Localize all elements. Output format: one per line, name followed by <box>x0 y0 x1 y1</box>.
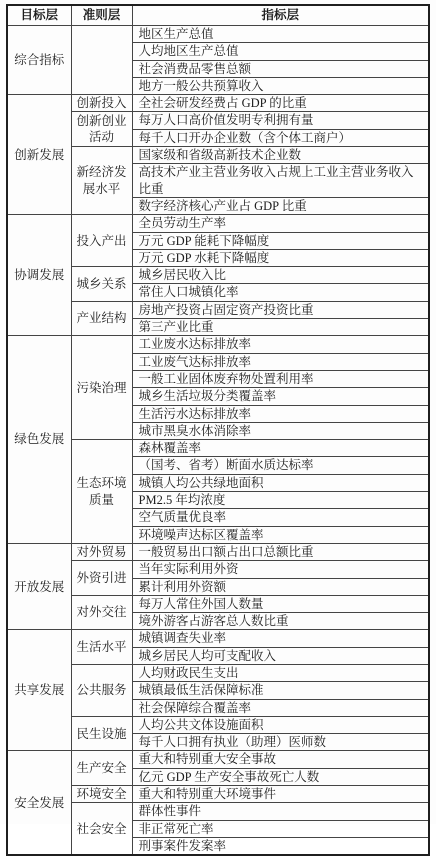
table-row: 创新创业活动每万人口高价值发明专利拥有量 <box>7 112 429 129</box>
criterion-cell: 生活水平 <box>71 630 132 665</box>
indicator-cell: 城乡居民人均可支配收入 <box>132 647 429 664</box>
criterion-cell: 对外交往 <box>71 595 132 630</box>
target-cell: 共享发展 <box>7 630 71 751</box>
criterion-cell: 创新投入 <box>71 95 132 112</box>
indicator-cell: 重大和特别重大环境事件 <box>132 786 429 803</box>
indicator-cell: 每千人口拥有执业（助理）医师数 <box>132 734 429 751</box>
indicator-cell: 当年实际利用外资 <box>132 561 429 578</box>
indicator-cell: 地区生产总值 <box>132 26 429 43</box>
header-target-layer: 目标层 <box>7 5 71 26</box>
header-indicator-layer: 指标层 <box>132 5 429 26</box>
indicator-cell: 全社会研发经费占 GDP 的比重 <box>132 95 429 112</box>
table-row: 城乡关系城乡居民收入比 <box>7 267 429 284</box>
indicator-cell: 城镇调查失业率 <box>132 630 429 647</box>
table-row: 环境安全重大和特别重大环境事件 <box>7 786 429 803</box>
target-cell: 协调发展 <box>7 215 71 336</box>
criterion-cell: 民生设施 <box>71 716 132 751</box>
indicator-cell: PM2.5 年均浓度 <box>132 492 429 509</box>
table-row: 综合指标地区生产总值 <box>7 26 429 43</box>
table-row: 外资引进当年实际利用外资 <box>7 561 429 578</box>
table-body: 综合指标地区生产总值人均地区生产总值社会消费品零售总额地方一般公共预算收入创新发… <box>7 26 429 856</box>
header-criterion-layer: 准则层 <box>71 5 132 26</box>
criterion-cell: 创新创业活动 <box>71 112 132 147</box>
table-row: 公共服务人均财政民生支出 <box>7 664 429 681</box>
indicator-system-table: 目标层 准则层 指标层 综合指标地区生产总值人均地区生产总值社会消费品零售总额地… <box>6 4 430 856</box>
criterion-cell: 外资引进 <box>71 561 132 596</box>
table-row: 共享发展生活水平城镇调查失业率 <box>7 630 429 647</box>
indicator-cell: 一般贸易出口额占出口总额比重 <box>132 543 429 560</box>
indicator-cell: 社会消费品零售总额 <box>132 60 429 77</box>
indicator-cell: 工业废水达标排放率 <box>132 336 429 353</box>
indicator-cell: 人均公共文体设施面积 <box>132 716 429 733</box>
indicator-cell: 城镇最低生活保障标准 <box>132 682 429 699</box>
indicator-cell: 社会保障综合覆盖率 <box>132 699 429 716</box>
table-row: 生态环境质量森林覆盖率 <box>7 440 429 457</box>
indicator-cell: 数字经济核心产业占 GDP 比重 <box>132 197 429 214</box>
indicator-cell: 城镇人均公共绿地面积 <box>132 474 429 491</box>
table-row: 对外交往每万人常住外国人数量 <box>7 595 429 612</box>
criterion-cell: 新经济发展水平 <box>71 147 132 215</box>
indicator-cell: 环境噪声达标区覆盖率 <box>132 526 429 543</box>
indicator-cell: 境外游客占游客总人数比重 <box>132 613 429 630</box>
indicator-cell: 万元 GDP 水耗下降幅度 <box>132 249 429 266</box>
indicator-cell: 非正常死亡率 <box>132 820 429 837</box>
table-row: 安全发展生产安全重大和特别重大安全事故 <box>7 751 429 768</box>
criterion-cell: 城乡关系 <box>71 267 132 302</box>
target-cell: 绿色发展 <box>7 336 71 544</box>
table-row: 协调发展投入产出全员劳动生产率 <box>7 215 429 232</box>
target-cell: 开放发展 <box>7 543 71 629</box>
criterion-cell: 产业结构 <box>71 301 132 336</box>
indicator-cell: 重大和特别重大安全事故 <box>132 751 429 768</box>
criterion-cell: 污染治理 <box>71 336 132 440</box>
page: 目标层 准则层 指标层 综合指标地区生产总值人均地区生产总值社会消费品零售总额地… <box>0 0 436 824</box>
target-cell: 创新发展 <box>7 95 71 215</box>
indicator-cell: 城乡生活垃圾分类覆盖率 <box>132 388 429 405</box>
criterion-cell: 环境安全 <box>71 786 132 803</box>
indicator-cell: 刑事案件发案率 <box>132 837 429 855</box>
indicator-cell: 万元 GDP 能耗下降幅度 <box>132 232 429 249</box>
indicator-cell: 国家级和省级高新技术企业数 <box>132 147 429 164</box>
indicator-cell: 群体性事件 <box>132 803 429 820</box>
indicator-cell: 地方一般公共预算收入 <box>132 77 429 94</box>
indicator-cell: 空气质量优良率 <box>132 509 429 526</box>
header-row: 目标层 准则层 指标层 <box>7 5 429 26</box>
criterion-cell: 生态环境质量 <box>71 440 132 544</box>
indicator-cell: 高技术产业主营业务收入占规上工业主营业务收入比重 <box>132 164 429 198</box>
table-row: 创新发展创新投入全社会研发经费占 GDP 的比重 <box>7 95 429 112</box>
table-row: 开放发展对外贸易一般贸易出口额占出口总额比重 <box>7 543 429 560</box>
criterion-cell: 公共服务 <box>71 664 132 716</box>
indicator-cell: 房地产投资占固定资产投资比重 <box>132 301 429 318</box>
target-cell: 安全发展 <box>7 751 71 855</box>
indicator-cell: 生活污水达标排放率 <box>132 405 429 422</box>
criterion-cell: 社会安全 <box>71 803 132 855</box>
indicator-cell: 城市黑臭水体消除率 <box>132 422 429 439</box>
criterion-cell <box>71 26 132 95</box>
criterion-cell: 对外贸易 <box>71 543 132 560</box>
indicator-cell: 人均地区生产总值 <box>132 43 429 60</box>
indicator-cell: 人均财政民生支出 <box>132 664 429 681</box>
indicator-cell: 第三产业比重 <box>132 319 429 336</box>
indicator-cell: 常住人口城镇化率 <box>132 284 429 301</box>
table-row: 绿色发展污染治理工业废水达标排放率 <box>7 336 429 353</box>
table-row: 民生设施人均公共文体设施面积 <box>7 716 429 733</box>
criterion-cell: 投入产出 <box>71 215 132 267</box>
indicator-cell: （国考、省考）断面水质达标率 <box>132 457 429 474</box>
table-row: 产业结构房地产投资占固定资产投资比重 <box>7 301 429 318</box>
criterion-cell: 生产安全 <box>71 751 132 786</box>
indicator-cell: 每万人常住外国人数量 <box>132 595 429 612</box>
indicator-cell: 全员劳动生产率 <box>132 215 429 232</box>
table-row: 社会安全群体性事件 <box>7 803 429 820</box>
table-row: 新经济发展水平国家级和省级高新技术企业数 <box>7 147 429 164</box>
indicator-cell: 城乡居民收入比 <box>132 267 429 284</box>
indicator-cell: 工业废气达标排放率 <box>132 353 429 370</box>
indicator-cell: 累计利用外资额 <box>132 578 429 595</box>
indicator-cell: 亿元 GDP 生产安全事故死亡人数 <box>132 768 429 785</box>
target-cell: 综合指标 <box>7 26 71 95</box>
indicator-cell: 每千人口开办企业数（含个体工商户） <box>132 129 429 146</box>
indicator-cell: 每万人口高价值发明专利拥有量 <box>132 112 429 129</box>
indicator-cell: 一般工业固体废弃物处置利用率 <box>132 370 429 387</box>
indicator-cell: 森林覆盖率 <box>132 440 429 457</box>
